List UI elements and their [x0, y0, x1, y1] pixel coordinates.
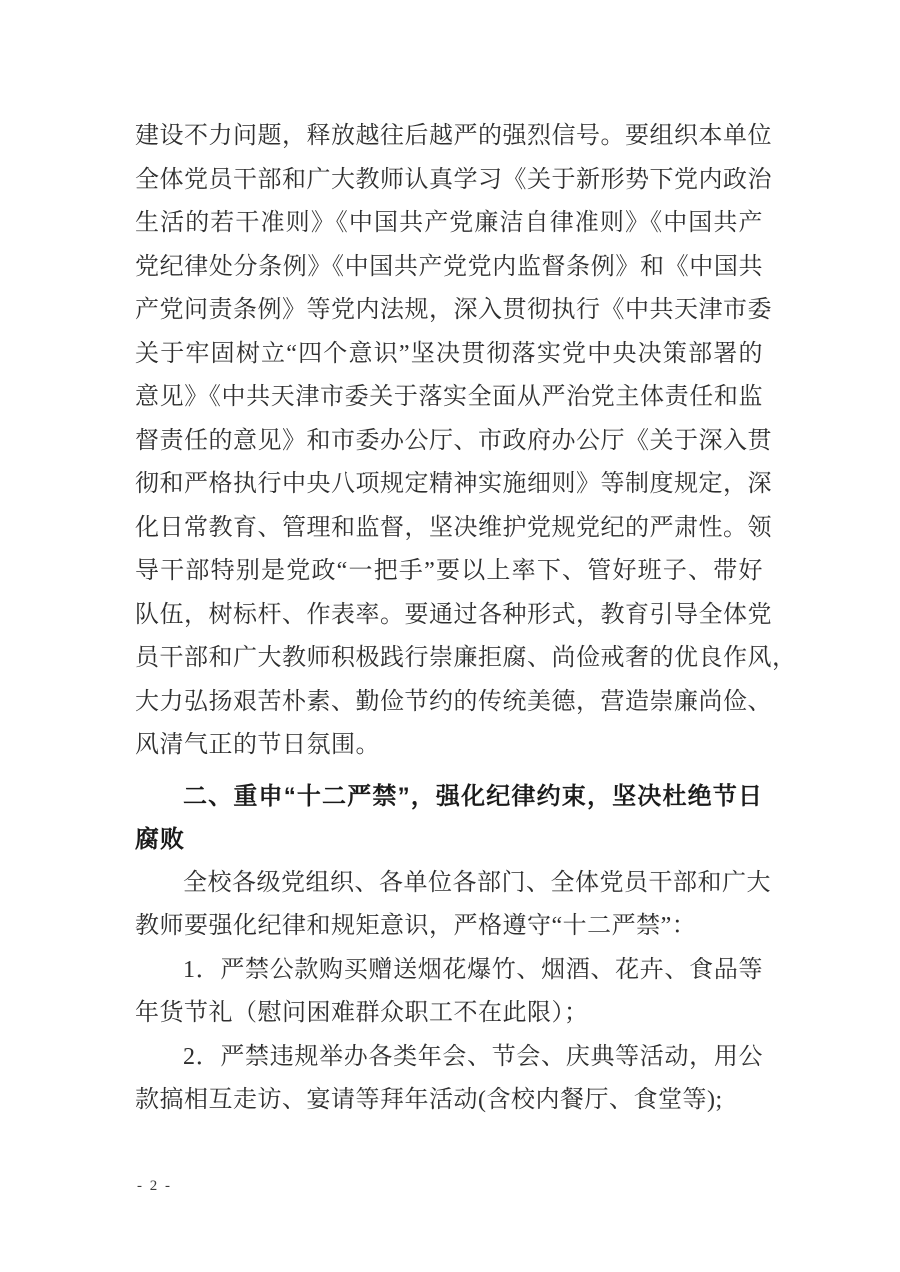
doc-line: 建设不力问题，释放越往后越严的强烈信号。要组织本单位	[135, 115, 763, 159]
doc-line: 导干部特别是党政“一把手”要以上率下、管好班子、带好	[135, 550, 763, 594]
list-item-line: 年货节礼（慰问困难群众职工不在此限）；	[135, 992, 763, 1036]
doc-line: 全校各级党组织、各单位各部门、全体党员干部和广大	[135, 862, 763, 906]
doc-line: 督责任的意见》和市委办公厅、市政府办公厅《关于深入贯	[135, 420, 763, 464]
document-body: 建设不力问题，释放越往后越严的强烈信号。要组织本单位 全体党员干部和广大教师认真…	[135, 115, 763, 1123]
doc-line: 产党问责条例》等党内法规，深入贯彻执行《中共天津市委	[135, 289, 763, 333]
doc-line: 员干部和广大教师积极践行崇廉拒腐、尚俭戒奢的优良作风，	[135, 637, 763, 681]
list-item-line: 1．严禁公款购买赠送烟花爆竹、烟酒、花卉、食品等	[135, 949, 763, 993]
doc-line: 风清气正的节日氛围。	[135, 724, 763, 768]
list-item-line: 款搞相互走访、宴请等拜年活动(含校内餐厅、食堂等);	[135, 1079, 763, 1123]
doc-line: 党纪律处分条例》《中国共产党党内监督条例》和《中国共	[135, 246, 763, 290]
doc-line: 队伍，树标杆、作表率。要通过各种形式，教育引导全体党	[135, 594, 763, 638]
doc-line: 大力弘扬艰苦朴素、勤俭节约的传统美德，营造崇廉尚俭、	[135, 681, 763, 725]
doc-line: 彻和严格执行中央八项规定精神实施细则》等制度规定，深	[135, 463, 763, 507]
doc-line: 全体党员干部和广大教师认真学习《关于新形势下党内政治	[135, 159, 763, 203]
doc-line: 化日常教育、管理和监督，坚决维护党规党纪的严肃性。领	[135, 507, 763, 551]
list-item-line: 2．严禁违规举办各类年会、节会、庆典等活动，用公	[135, 1036, 763, 1080]
doc-line: 生活的若干准则》《中国共产党廉洁自律准则》《中国共产	[135, 202, 763, 246]
section-heading-line: 腐败	[135, 818, 763, 862]
doc-line: 关于牢固树立“四个意识”坚决贯彻落实党中央决策部署的	[135, 333, 763, 377]
document-page: 建设不力问题，释放越往后越严的强烈信号。要组织本单位 全体党员干部和广大教师认真…	[0, 0, 900, 1272]
doc-line: 教师要强化纪律和规矩意识，严格遵守“十二严禁”：	[135, 905, 763, 949]
page-number: - 2 -	[137, 1176, 172, 1196]
doc-line: 意见》《中共天津市委关于落实全面从严治党主体责任和监	[135, 376, 763, 420]
section-heading-line: 二、重申“十二严禁”，强化纪律约束，坚决杜绝节日	[135, 775, 763, 819]
